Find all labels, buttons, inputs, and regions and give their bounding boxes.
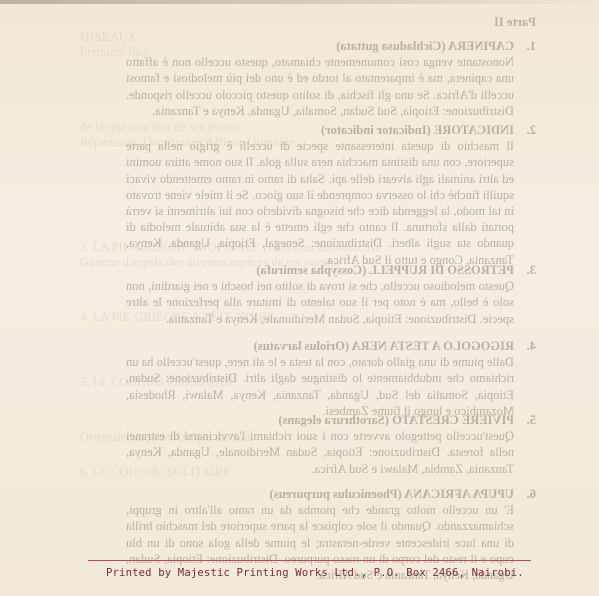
section-body: Nonostante venga così comunemente chiama… xyxy=(126,54,536,119)
section-heading: CAPINERA (Cichladusa guttata) xyxy=(336,39,514,53)
part-label: Parte II xyxy=(494,14,536,30)
footer-rule xyxy=(88,560,531,561)
section-heading: INDICATORE (Indicator indicator) xyxy=(321,123,514,137)
section-3: 3.PETROSSO DI RUPPELL (Cossypha semirufa… xyxy=(126,262,536,327)
section-2: 2.INDICATORE (Indicator indicator) Il ma… xyxy=(126,122,536,268)
printer-credit: Printed by Majestic Printing Works Ltd.,… xyxy=(106,567,524,579)
section-number: 6. xyxy=(514,486,536,502)
section-heading: PETROSSO DI RUPPELL (Cossypha semirufa) xyxy=(256,263,514,277)
section-5: 5.PIVIERE CRESTATO (Sarothrura elegans) … xyxy=(126,412,536,477)
section-heading: RIGOGOLO A TESTA NERA (Oriolus larvatus) xyxy=(254,339,514,353)
section-number: 4. xyxy=(514,338,536,354)
section-number: 3. xyxy=(514,262,536,278)
section-heading: PIVIERE CRESTATO (Sarothrura elegans) xyxy=(278,413,514,427)
section-body: Questo melodioso uccello, che si trova d… xyxy=(126,278,536,327)
section-body: Il maschio di questa interessante specie… xyxy=(126,138,536,268)
section-1: 1.CAPINERA (Cichladusa guttata) Nonostan… xyxy=(126,38,536,119)
section-body: Dalle piume di una giallo dorato, con la… xyxy=(126,354,536,419)
section-body: Quest'uccello pettegolo avverte con i su… xyxy=(126,428,536,477)
section-number: 5. xyxy=(514,412,536,428)
mirrored-bleed-through: Parte II 1.CAPINERA (Cichladusa guttata)… xyxy=(0,0,599,560)
section-number: 1. xyxy=(514,38,536,54)
section-number: 2. xyxy=(514,122,536,138)
section-heading: UPUPA AFRICANA (Phoeniculus purpureus) xyxy=(270,487,514,501)
section-4: 4.RIGOGOLO A TESTA NERA (Oriolus larvatu… xyxy=(126,338,536,419)
